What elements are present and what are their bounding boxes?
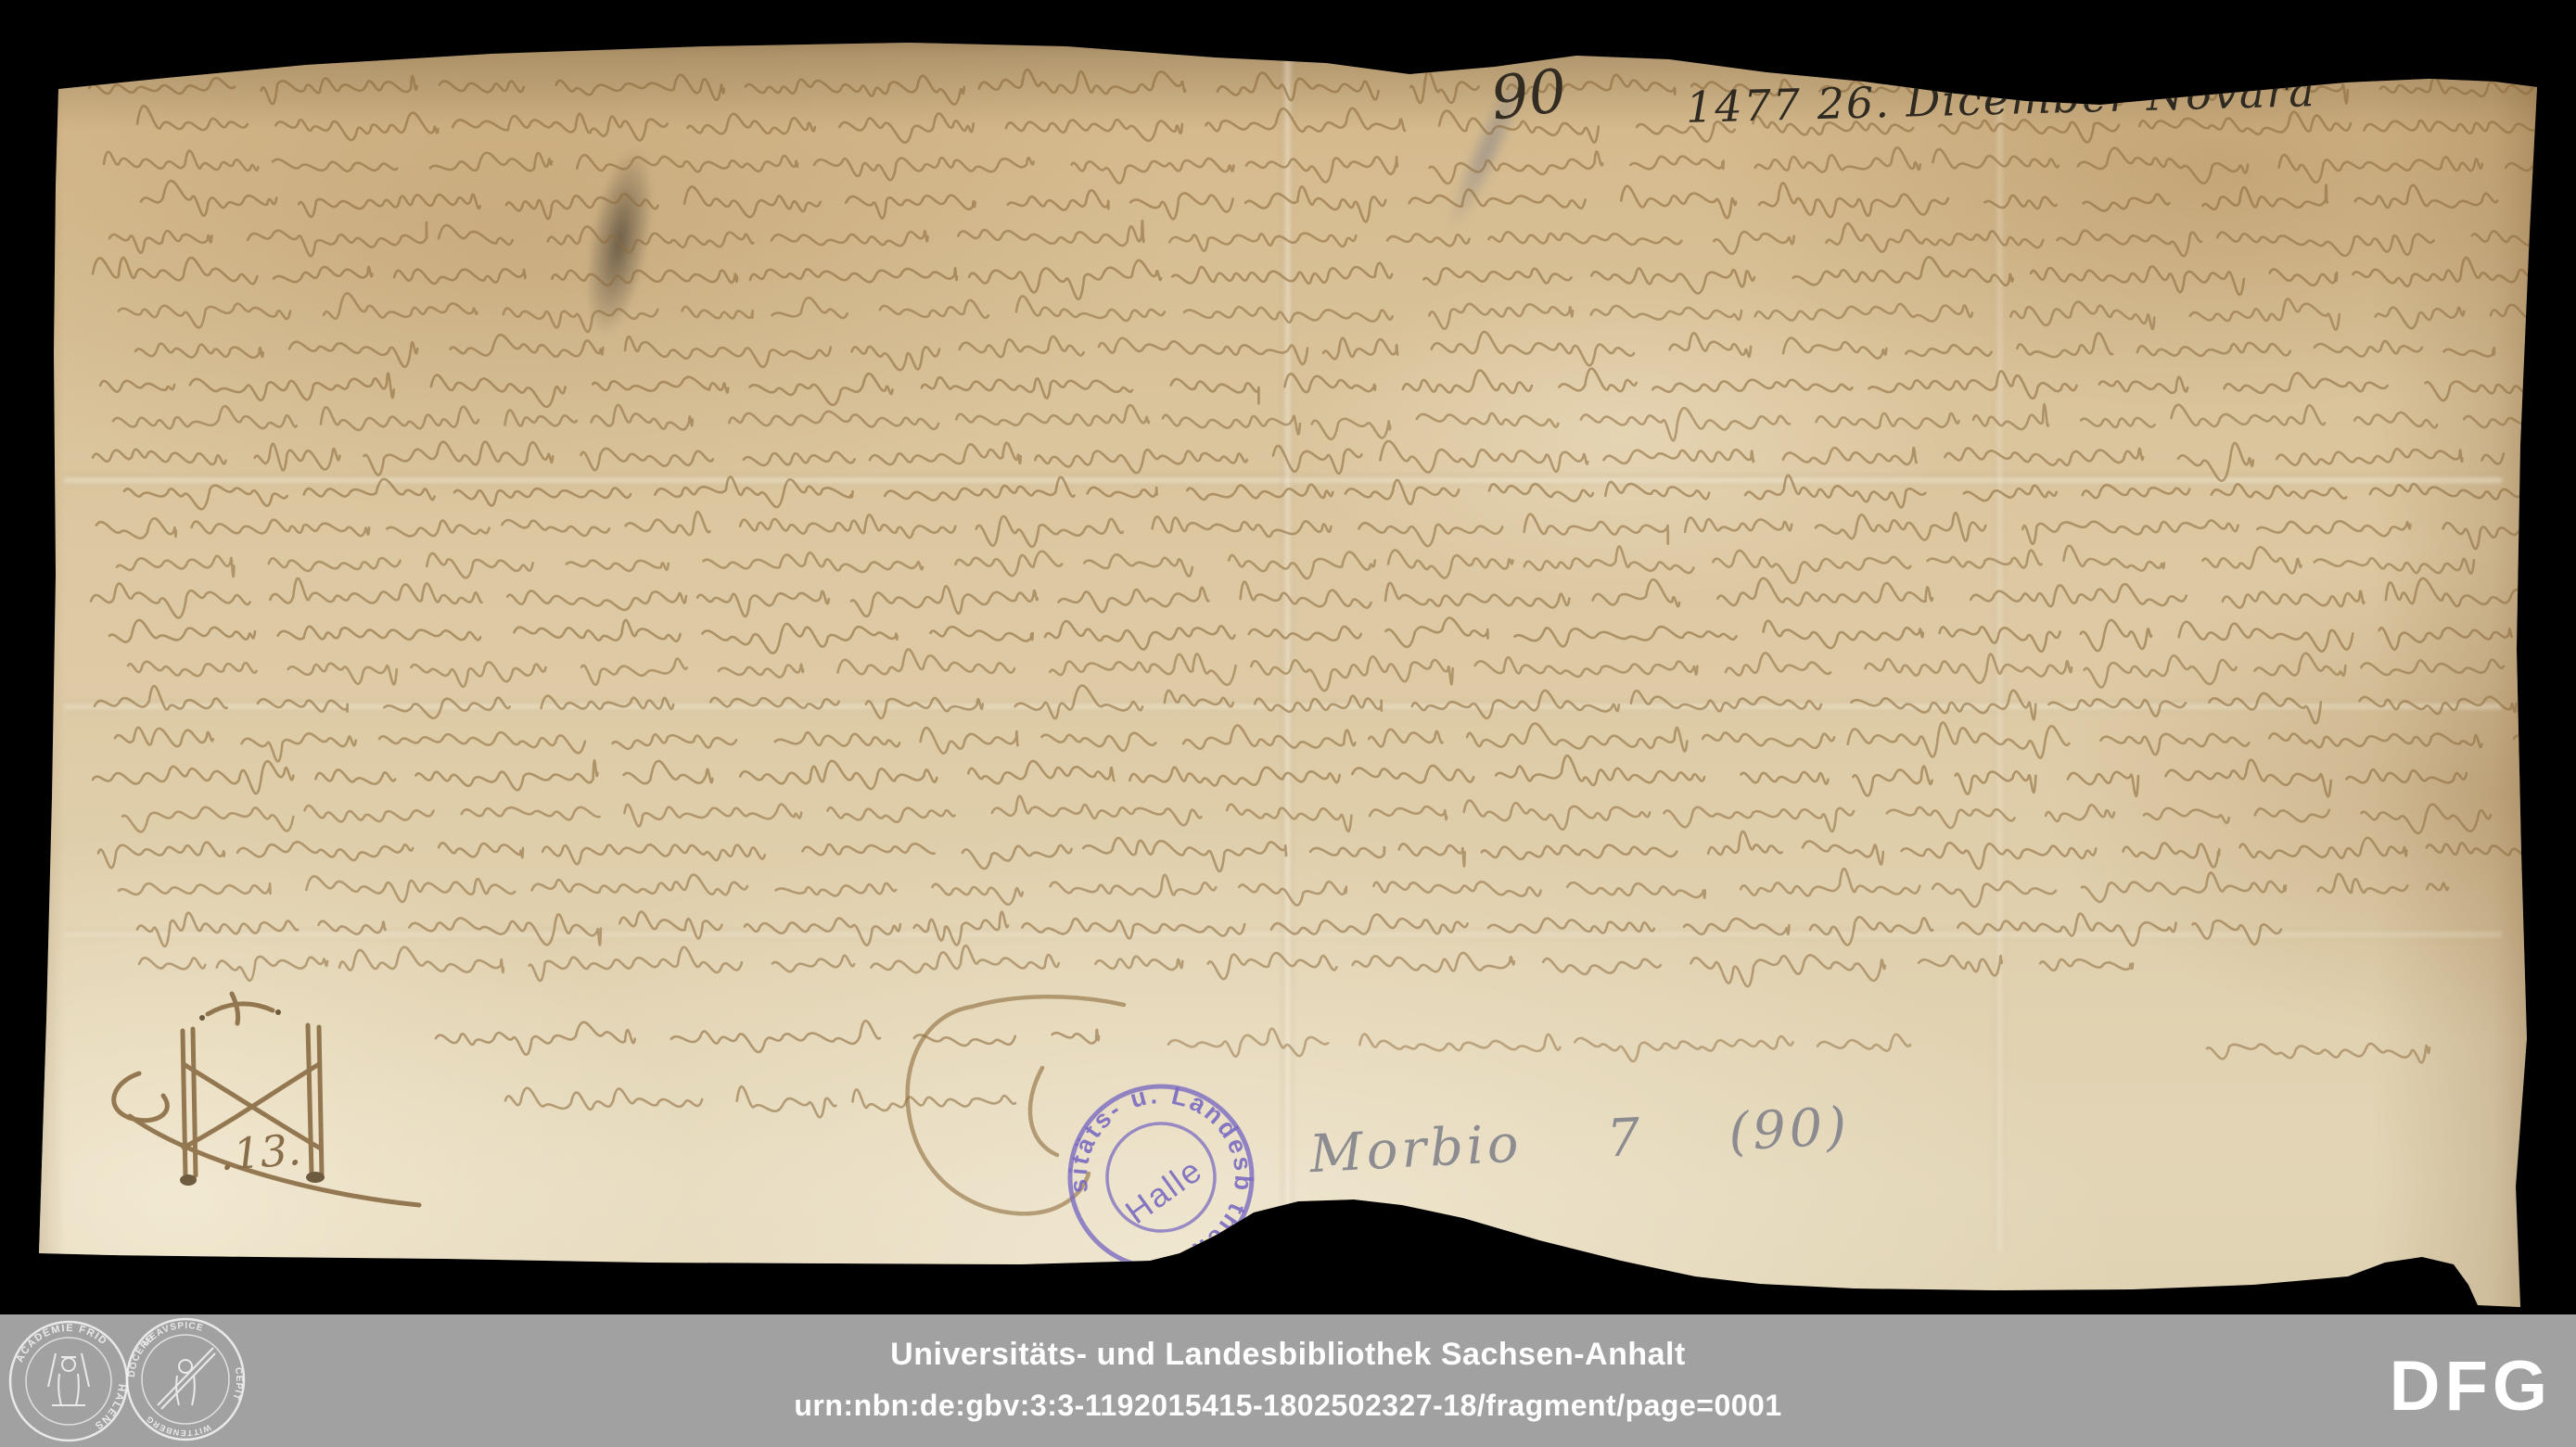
script-line <box>96 512 2539 549</box>
script-line <box>436 1021 1099 1054</box>
notary-sign: .13. <box>114 994 419 1205</box>
university-seals: ACADEMIE FRID HALENS MEAVSPICE CEPIT <box>4 1314 310 1447</box>
notary-subscription-lines <box>436 1021 2429 1117</box>
script-line <box>109 617 2512 653</box>
library-name: Universitäts- und Landesbibliothek Sachs… <box>0 1337 2576 1373</box>
script-body-lines <box>89 69 2539 986</box>
script-line <box>117 546 2474 583</box>
script-line <box>93 755 2467 796</box>
script-line <box>122 796 2491 833</box>
dfg-logo: DFG <box>2390 1346 2552 1427</box>
script-line <box>115 722 2539 761</box>
script-line <box>93 257 2531 298</box>
script-line <box>2207 1044 2429 1062</box>
urn-identifier: urn:nbn:de:gbv:3:3-1192015415-1802502327… <box>0 1389 2576 1423</box>
script-line <box>93 441 2504 481</box>
script-line <box>505 1086 1015 1117</box>
library-stamp: sitäts- u. Landesb thek Halle <box>1041 1058 1280 1296</box>
manuscript-script-layer: .13. sitäts- u. Landesb thek Halle <box>0 0 2576 1447</box>
script-line <box>119 293 2537 331</box>
digitized-manuscript-page: .13. sitäts- u. Landesb thek Halle <box>0 0 2576 1447</box>
script-line <box>104 147 2537 184</box>
archive-number-annotation: 90 <box>1487 57 1571 133</box>
library-footer-bar: ACADEMIE FRID HALENS MEAVSPICE CEPIT <box>0 1314 2576 1447</box>
script-line <box>141 181 2497 222</box>
script-line <box>135 332 2494 370</box>
script-line <box>124 476 2537 510</box>
script-line <box>98 831 2537 871</box>
notary-sign-number: .13. <box>218 1124 302 1180</box>
script-line <box>128 649 2504 691</box>
parchment-fragment: .13. sitäts- u. Landesb thek Halle <box>0 0 2576 1447</box>
script-line <box>113 404 2539 440</box>
script-line <box>91 578 2535 618</box>
script-line <box>95 686 2516 724</box>
script-line <box>1168 1029 1910 1061</box>
script-line <box>109 221 2533 256</box>
script-line <box>100 369 2535 407</box>
script-line <box>119 869 2448 907</box>
script-line <box>137 912 2281 946</box>
script-line <box>139 946 2133 986</box>
